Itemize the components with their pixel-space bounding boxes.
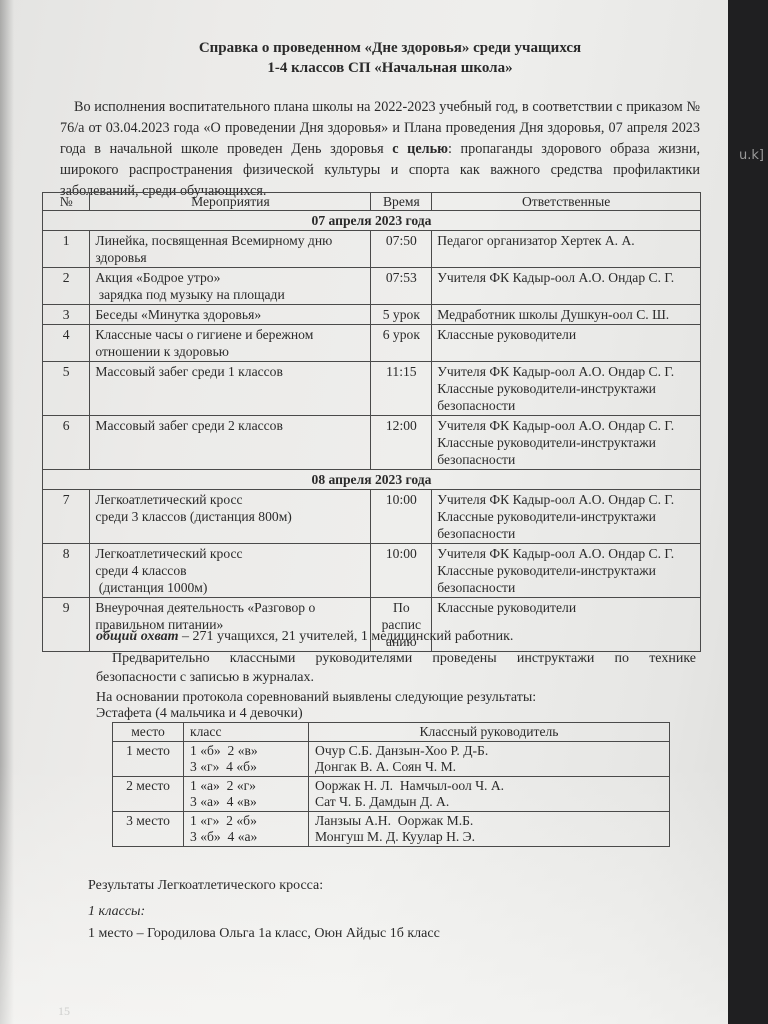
table-header-row: № Мероприятия Время Ответственные: [43, 193, 701, 211]
cross-results-heading: Результаты Легкоатлетического кросса:: [88, 876, 323, 896]
time-cell: 10:00: [371, 490, 432, 544]
teachers-cell: Очур С.Б. Данзын-Хоо Р. Д-Б.Донгак В. А.…: [309, 742, 670, 777]
event-cell-line: зарядка под музыку на площади: [95, 286, 365, 303]
relay-results-table: место класс Классный руководитель 1 мест…: [112, 722, 670, 847]
time-cell-line: 07:50: [376, 232, 426, 249]
responsible-cell: Учителя ФК Кадыр-оол А.О. Ондар С. Г.Кла…: [432, 416, 701, 470]
teachers-cell-line: Сат Ч. Б. Дамдын Д. А.: [315, 794, 663, 810]
time-cell: 11:15: [371, 362, 432, 416]
row-number: 7: [43, 490, 90, 544]
relay-row: 2 место1 «а» 2 «г»3 «а» 4 «в»Ооржак Н. Л…: [113, 777, 670, 812]
event-cell-line: (дистанция 1000м): [95, 579, 365, 596]
relay-header-class: класс: [184, 723, 309, 742]
row-number: 8: [43, 544, 90, 598]
event-cell-line: Легкоатлетический кросс: [95, 545, 365, 562]
event-cell: Беседы «Минутка здоровья»: [90, 305, 371, 325]
table-row: 8Легкоатлетический кросссреди 4 классов …: [43, 544, 701, 598]
header-number: №: [43, 193, 90, 211]
time-cell-line: 5 урок: [376, 306, 426, 323]
event-cell: Легкоатлетический кросссреди 3 классов (…: [90, 490, 371, 544]
row-number: 6: [43, 416, 90, 470]
classes-cell-line: 1 «а» 2 «г»: [190, 778, 302, 794]
table-row: 5Массовый забег среди 1 классов11:15Учит…: [43, 362, 701, 416]
responsible-cell: Учителя ФК Кадыр-оол А.О. Ондар С. Г.Кла…: [432, 544, 701, 598]
row-number: 9: [43, 598, 90, 652]
responsible-cell-line: безопасности: [437, 451, 695, 468]
teachers-cell-line: Донгак В. А. Соян Ч. М.: [315, 759, 663, 775]
relay-row: 1 место1 «б» 2 «в»3 «г» 4 «б»Очур С.Б. Д…: [113, 742, 670, 777]
responsible-cell: Педагог организатор Хертек А. А.: [432, 231, 701, 268]
coverage-line: общий охват – 271 учащихся, 21 учителей,…: [96, 627, 696, 647]
event-cell-line: Классные часы о гигиене и бережном: [95, 326, 365, 343]
coverage-label: общий охват: [96, 629, 179, 644]
relay-header-row: место класс Классный руководитель: [113, 723, 670, 742]
table-row: 3Беседы «Минутка здоровья»5 урокМедработ…: [43, 305, 701, 325]
place-cell: 2 место: [113, 777, 184, 812]
responsible-cell-line: Медработник школы Душкун-оол С. Ш.: [437, 306, 695, 323]
classes-cell-line: 1 «г» 2 «б»: [190, 813, 302, 829]
responsible-cell-line: безопасности: [437, 397, 695, 414]
teachers-cell-line: Очур С.Б. Данзын-Хоо Р. Д-Б.: [315, 743, 663, 759]
time-cell: 07:50: [371, 231, 432, 268]
responsible-cell-line: Учителя ФК Кадыр-оол А.О. Ондар С. Г.: [437, 269, 695, 286]
time-cell: 10:00: [371, 544, 432, 598]
time-cell: 6 урок: [371, 325, 432, 362]
event-cell-line: Легкоатлетический кросс: [95, 491, 365, 508]
place-cell: 3 место: [113, 812, 184, 847]
row-number: 3: [43, 305, 90, 325]
responsible-cell-line: Учителя ФК Кадыр-оол А.О. Ондар С. Г.: [437, 491, 695, 508]
row-number: 2: [43, 268, 90, 305]
coverage-text: – 271 учащихся, 21 учителей, 1 медицинск…: [179, 629, 514, 644]
header-events: Мероприятия: [90, 193, 371, 211]
responsible-cell-line: безопасности: [437, 579, 695, 596]
time-cell-line: 07:53: [376, 269, 426, 286]
responsible-cell-line: Классные руководители-инструктажи: [437, 562, 695, 579]
place-cell: 1 место: [113, 742, 184, 777]
classes-cell: 1 «б» 2 «в»3 «г» 4 «б»: [184, 742, 309, 777]
document-title: Справка о проведенном «Дне здоровья» сре…: [100, 38, 680, 78]
classes-cell: 1 «г» 2 «б»3 «б» 4 «а»: [184, 812, 309, 847]
event-cell: Акция «Бодрое утро» зарядка под музыку н…: [90, 268, 371, 305]
table-row: 1Линейка, посвященная Всемирному днюздор…: [43, 231, 701, 268]
intro-paragraph: Во исполнения воспитательного плана школ…: [60, 97, 700, 202]
header-responsible: Ответственные: [432, 193, 701, 211]
teachers-cell: Ланзыы А.Н. Ооржак М.Б.Монгуш М. Д. Куул…: [309, 812, 670, 847]
responsible-cell-line: Учителя ФК Кадыр-оол А.О. Ондар С. Г.: [437, 545, 695, 562]
relay-header-teacher: Классный руководитель: [309, 723, 670, 742]
time-cell-line: По: [376, 599, 426, 616]
responsible-cell: Учителя ФК Кадыр-оол А.О. Ондар С. Г.Кла…: [432, 362, 701, 416]
relay-header-place: место: [113, 723, 184, 742]
time-cell-line: 10:00: [376, 545, 426, 562]
time-cell-line: 10:00: [376, 491, 426, 508]
event-cell-line: Акция «Бодрое утро»: [95, 269, 365, 286]
responsible-cell-line: Классные руководители-инструктажи: [437, 434, 695, 451]
classes-cell-line: 3 «а» 4 «в»: [190, 794, 302, 810]
time-cell-line: 12:00: [376, 417, 426, 434]
teachers-cell-line: Монгуш М. Д. Куулар Н. Э.: [315, 829, 663, 845]
page-number: 15: [58, 1004, 70, 1019]
event-cell: Классные часы о гигиене и бережномотноше…: [90, 325, 371, 362]
date-section-row: 07 апреля 2023 года: [43, 211, 701, 231]
responsible-cell: Медработник школы Душкун-оол С. Ш.: [432, 305, 701, 325]
event-cell-line: среди 4 классов: [95, 562, 365, 579]
row-number: 5: [43, 362, 90, 416]
time-cell: 07:53: [371, 268, 432, 305]
event-cell-line: Беседы «Минутка здоровья»: [95, 306, 365, 323]
responsible-cell-line: Педагог организатор Хертек А. А.: [437, 232, 695, 249]
header-time: Время: [371, 193, 432, 211]
teachers-cell-line: Ооржак Н. Л. Намчыл-оол Ч. А.: [315, 778, 663, 794]
event-cell-line: Линейка, посвященная Всемирному дню: [95, 232, 365, 249]
responsible-cell-line: Классные руководители-инструктажи: [437, 508, 695, 525]
time-cell: 5 урок: [371, 305, 432, 325]
event-cell: Массовый забег среди 1 классов: [90, 362, 371, 416]
teachers-cell: Ооржак Н. Л. Намчыл-оол Ч. А.Сат Ч. Б. Д…: [309, 777, 670, 812]
responsible-cell-line: Учителя ФК Кадыр-оол А.О. Ондар С. Г.: [437, 363, 695, 380]
time-cell-line: 6 урок: [376, 326, 426, 343]
time-cell-line: 11:15: [376, 363, 426, 380]
responsible-cell: Классные руководители: [432, 325, 701, 362]
classes-cell-line: 3 «б» 4 «а»: [190, 829, 302, 845]
event-cell: Легкоатлетический кросссреди 4 классов (…: [90, 544, 371, 598]
responsible-cell-line: Учителя ФК Кадыр-оол А.О. Ондар С. Г.: [437, 417, 695, 434]
document: Справка о проведенном «Дне здоровья» сре…: [0, 0, 752, 1024]
table-row: 7Легкоатлетический кросссреди 3 классов …: [43, 490, 701, 544]
responsible-cell: Учителя ФК Кадыр-оол А.О. Ондар С. Г.Кла…: [432, 490, 701, 544]
row-number: 4: [43, 325, 90, 362]
event-cell-line: Массовый забег среди 2 классов: [95, 417, 365, 434]
time-cell: 12:00: [371, 416, 432, 470]
event-cell-line: отношении к здоровью: [95, 343, 365, 360]
classes-cell: 1 «а» 2 «г»3 «а» 4 «в»: [184, 777, 309, 812]
responsible-cell-line: Классные руководители-инструктажи: [437, 380, 695, 397]
table-row: 2Акция «Бодрое утро» зарядка под музыку …: [43, 268, 701, 305]
safety-line-2: безопасности с записью в журналах.: [96, 668, 696, 688]
date-section-row: 08 апреля 2023 года: [43, 470, 701, 490]
cross-results-first-place: 1 место – Городилова Ольга 1а класс, Оюн…: [88, 924, 440, 944]
event-cell-line: Внеурочная деятельность «Разговор о: [95, 599, 365, 616]
events-plan-table: № Мероприятия Время Ответственные 07 апр…: [42, 192, 701, 652]
event-cell-line: среди 3 классов (дистанция 800м): [95, 508, 365, 525]
intro-bold-purpose: с целью: [392, 141, 448, 157]
title-line-1: Справка о проведенном «Дне здоровья» сре…: [100, 38, 680, 58]
table-row: 6Массовый забег среди 2 классов12:00Учит…: [43, 416, 701, 470]
responsible-cell-line: Классные руководители: [437, 599, 695, 616]
safety-line-1: Предварительно классными руководителями …: [96, 649, 696, 669]
relay-row: 3 место1 «г» 2 «б»3 «б» 4 «а»Ланзыы А.Н.…: [113, 812, 670, 847]
section-date: 07 апреля 2023 года: [43, 211, 701, 231]
responsible-cell: Учителя ФК Кадыр-оол А.О. Ондар С. Г.: [432, 268, 701, 305]
responsible-cell-line: безопасности: [437, 525, 695, 542]
event-cell: Линейка, посвященная Всемирному днюздоро…: [90, 231, 371, 268]
section-date: 08 апреля 2023 года: [43, 470, 701, 490]
event-cell-line: Массовый забег среди 1 классов: [95, 363, 365, 380]
event-cell-line: здоровья: [95, 249, 365, 266]
event-cell: Массовый забег среди 2 классов: [90, 416, 371, 470]
relay-title: Эстафета (4 мальчика и 4 девочки): [96, 704, 696, 724]
cross-results-category: 1 классы:: [88, 902, 145, 922]
classes-cell-line: 1 «б» 2 «в»: [190, 743, 302, 759]
responsible-cell-line: Классные руководители: [437, 326, 695, 343]
table-row: 4Классные часы о гигиене и бережномотнош…: [43, 325, 701, 362]
teachers-cell-line: Ланзыы А.Н. Ооржак М.Б.: [315, 813, 663, 829]
classes-cell-line: 3 «г» 4 «б»: [190, 759, 302, 775]
title-line-2: 1-4 классов СП «Начальная школа»: [100, 58, 680, 78]
row-number: 1: [43, 231, 90, 268]
